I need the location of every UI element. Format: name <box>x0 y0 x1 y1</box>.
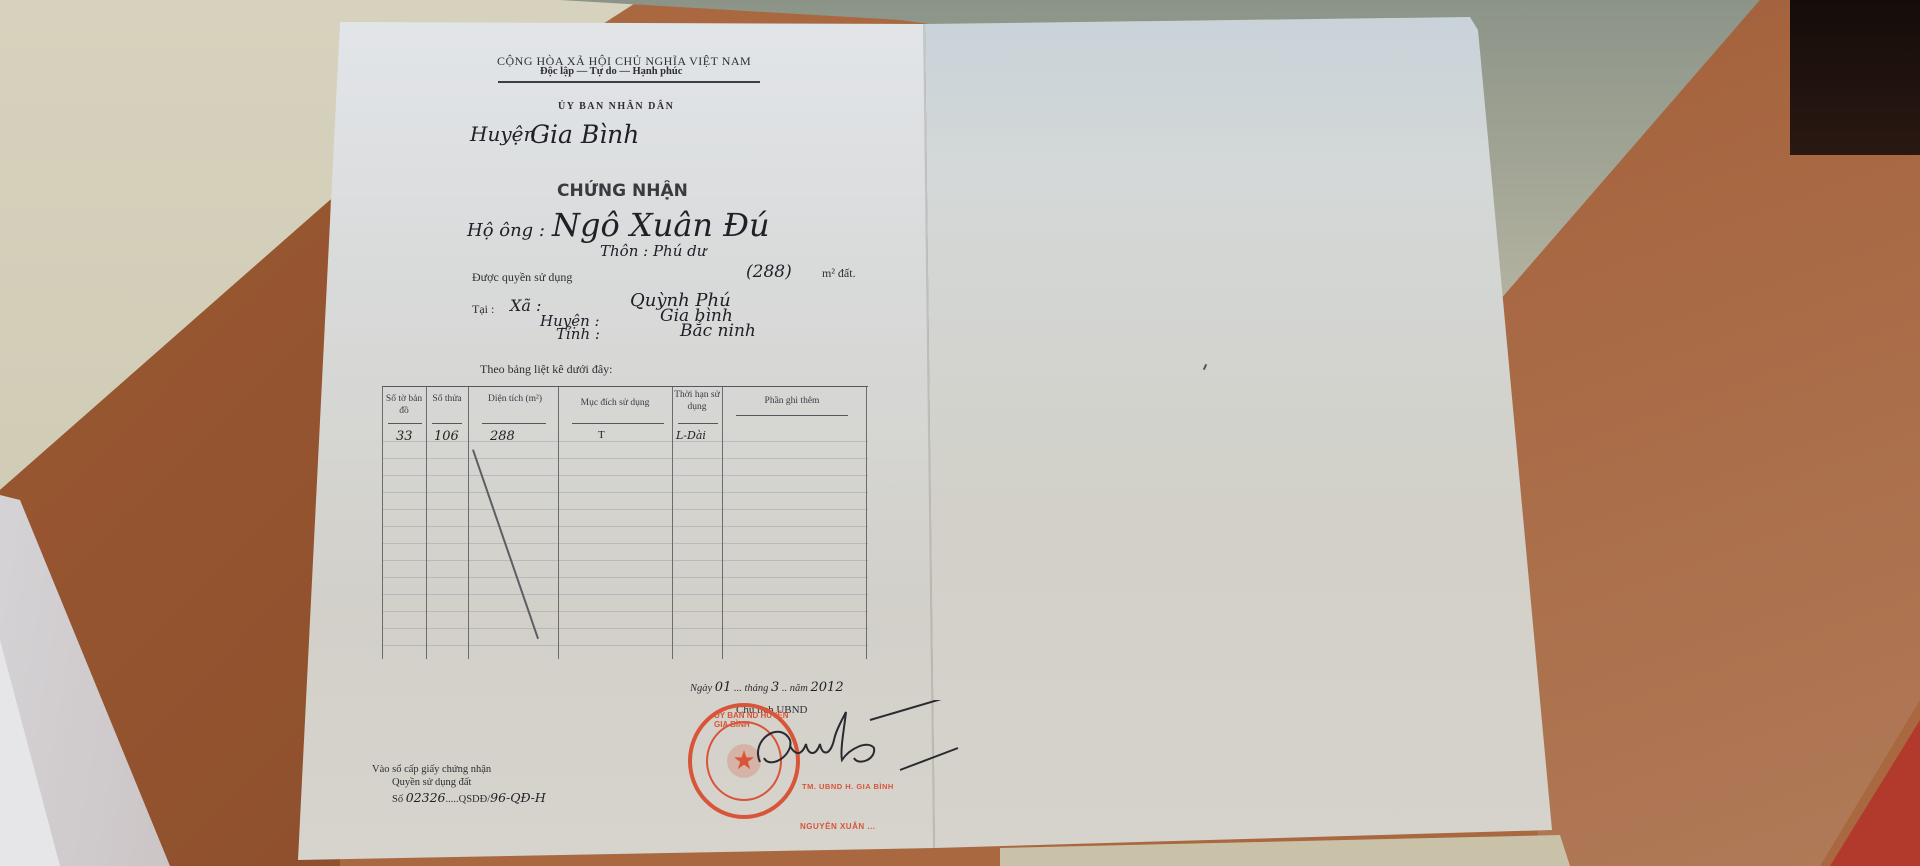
village-value: Phú dư <box>653 242 706 260</box>
header-underline <box>388 423 422 424</box>
cell-purpose: T <box>598 429 605 441</box>
issue-date: Ngày 01 ... tháng 3 .. năm 2012 <box>690 680 844 695</box>
issuer-title: ỦY BAN NHÂN DÂN <box>558 101 674 112</box>
header-underline <box>432 423 462 424</box>
village-line: Thôn : Phú dư <box>600 242 706 260</box>
col-header-term: Thời hạn sử dụng <box>674 389 720 413</box>
land-area-value: (288) <box>746 262 792 282</box>
col-header-purpose: Mục đích sử dụng <box>562 397 668 409</box>
col-header-area: Diện tích (m²) <box>482 393 548 405</box>
registration-number-label: Số <box>392 794 403 805</box>
official-stamp-line: TM. UBND H. GIA BÌNH <box>802 782 894 791</box>
table-col-divider <box>468 387 469 659</box>
table-col-divider <box>722 387 723 659</box>
village-label: Thôn : <box>600 242 648 260</box>
header-underline <box>572 423 664 424</box>
registration-number-line: Số 02326.....QSDĐ/96-QĐ-H <box>392 790 546 805</box>
col-header-map-sheet: Số tờ bản đồ <box>384 393 424 417</box>
cell-term: L-Dài <box>676 429 706 442</box>
table-ruling <box>382 425 868 659</box>
province-label: Tỉnh : <box>556 325 600 343</box>
land-area-unit: m² đất. <box>822 266 856 281</box>
registration-number: 02326 <box>406 790 446 805</box>
cell-parcel-no: 106 <box>434 429 459 444</box>
header-underline <box>482 423 546 424</box>
signature <box>750 700 960 790</box>
col-header-notes: Phần ghi thêm <box>732 395 852 407</box>
date-day: 01 <box>715 680 732 695</box>
date-prefix: Ngày <box>690 683 712 694</box>
certificate-title: CHỨNG NHẬN <box>557 181 688 201</box>
holder-name: Ngô Xuân Đú <box>552 206 770 244</box>
registration-series-label: QSDĐ/ <box>459 794 491 805</box>
header-underline <box>678 423 718 424</box>
date-month: 3 <box>771 680 779 695</box>
official-name: NGUYỄN XUÂN ... <box>800 822 876 831</box>
date-year: 2012 <box>811 680 844 695</box>
table-col-divider <box>672 387 673 659</box>
province-value: Bắc ninh <box>680 321 756 341</box>
commune-label: Xã : <box>510 296 541 315</box>
registration-line-1: Vào sổ cấp giấy chứng nhận <box>372 764 491 775</box>
table-border-right <box>866 387 867 659</box>
photo-background <box>0 0 1920 866</box>
table-col-divider <box>558 387 559 659</box>
holder-label: Hộ ông : <box>467 220 545 241</box>
parcel-table: Số tờ bản đồ Số thửa Diện tích (m²) Mục … <box>382 386 868 659</box>
header-underline <box>736 415 848 416</box>
table-col-divider <box>426 387 427 659</box>
year-label: năm <box>790 683 808 694</box>
land-use-label: Được quyền sử dụng <box>472 270 572 285</box>
cell-map-sheet: 33 <box>396 429 413 444</box>
registration-series: 96-QĐ-H <box>490 790 546 805</box>
national-motto: Độc lập — Tự do — Hạnh phúc <box>540 66 682 77</box>
dark-object-corner <box>1790 0 1920 155</box>
registration-line-2: Quyền sử dụng đất <box>392 777 471 788</box>
month-label: tháng <box>744 683 768 694</box>
district-value: Gia Bình <box>530 120 639 149</box>
col-header-parcel: Số thửa <box>428 393 466 405</box>
cell-area: 288 <box>490 429 515 444</box>
location-at-label: Tại : <box>472 302 494 317</box>
table-border-left <box>382 387 383 659</box>
table-intro: Theo bảng liệt kê dưới đây: <box>480 362 612 377</box>
